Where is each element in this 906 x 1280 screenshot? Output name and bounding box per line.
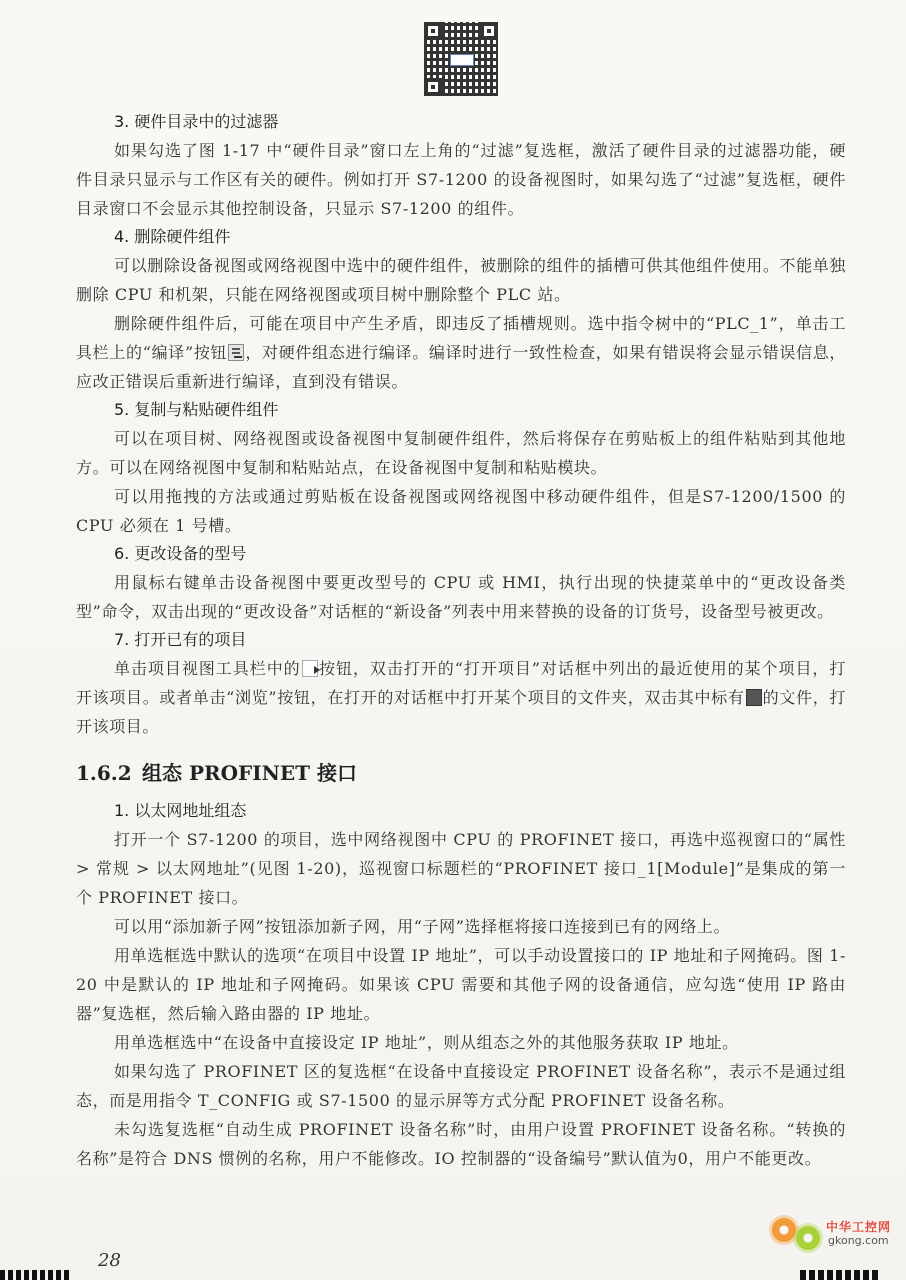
gkong-watermark: 中华工控网 gkong.com — [770, 1212, 900, 1252]
page-content: 3. 硬件目录中的过滤器 如果勾选了图 1-17 中“硬件目录”窗口左上角的“过… — [76, 108, 846, 1173]
footer-scan-mark — [800, 1270, 880, 1280]
book-page: 3. 硬件目录中的过滤器 如果勾选了图 1-17 中“硬件目录”窗口左上角的“过… — [0, 0, 906, 1280]
page-number: 28 — [98, 1250, 121, 1271]
watermark-cn-text: 中华工控网 — [826, 1218, 891, 1235]
paragraph: 可以用“添加新子网”按钮添加新子网，用“子网”选择框将接口连接到已有的网络上。 — [76, 912, 846, 941]
qr-code-icon — [424, 22, 498, 96]
subsection-heading-ethernet: 1. 以太网地址组态 — [76, 797, 846, 825]
tia-project-file-icon — [746, 689, 762, 706]
qr-finder-icon — [480, 22, 498, 40]
paragraph: 可以用拖拽的方法或通过剪贴板在设备视图或网络视图中移动硬件组件，但是S7-120… — [76, 482, 846, 540]
chapter-title: 组态 PROFINET 接口 — [142, 761, 357, 785]
paragraph: 打开一个 S7-1200 的项目，选中网络视图中 CPU 的 PROFINET … — [76, 825, 846, 912]
qr-logo-icon — [450, 54, 474, 66]
watermark-url-text: gkong.com — [828, 1234, 889, 1247]
paragraph: 可以在项目树、网络视图或设备视图中复制硬件组件，然后将保存在剪贴板上的组件粘贴到… — [76, 424, 846, 482]
gear-icon — [772, 1218, 796, 1242]
qr-finder-icon — [424, 78, 442, 96]
footer-scan-mark — [0, 1270, 70, 1280]
section-heading-delete: 4. 删除硬件组件 — [76, 223, 846, 251]
section-heading-copy-paste: 5. 复制与粘贴硬件组件 — [76, 396, 846, 424]
section-heading-filter: 3. 硬件目录中的过滤器 — [76, 108, 846, 136]
paragraph: 如果勾选了图 1-17 中“硬件目录”窗口左上角的“过滤”复选框，激活了硬件目录… — [76, 136, 846, 223]
text-segment: 单击项目视图工具栏中的 — [114, 659, 301, 678]
qr-finder-icon — [424, 22, 442, 40]
chapter-number: 1.6.2 — [76, 757, 142, 789]
paragraph: 可以删除设备视图或网络视图中选中的硬件组件，被删除的组件的插槽可供其他组件使用。… — [76, 251, 846, 309]
gear-icon — [796, 1226, 820, 1250]
paragraph: 用单选框选中“在设备中直接设定 IP 地址”，则从组态之外的其他服务获取 IP … — [76, 1028, 846, 1057]
paragraph-compile: 删除硬件组件后，可能在项目中产生矛盾，即违反了插槽规则。选中指令树中的“PLC_… — [76, 309, 846, 396]
section-heading-change-device: 6. 更改设备的型号 — [76, 540, 846, 568]
compile-icon — [228, 344, 244, 361]
paragraph: 用鼠标右键单击设备视图中要更改型号的 CPU 或 HMI，执行出现的快捷菜单中的… — [76, 568, 846, 626]
paragraph: 如果勾选了 PROFINET 区的复选框“在设备中直接设定 PROFINET 设… — [76, 1057, 846, 1115]
open-project-icon — [302, 660, 318, 677]
paragraph: 用单选框选中默认的选项“在项目中设置 IP 地址”，可以手动设置接口的 IP 地… — [76, 941, 846, 1028]
chapter-heading: 1.6.2组态 PROFINET 接口 — [76, 757, 846, 789]
section-heading-open-project: 7. 打开已有的项目 — [76, 626, 846, 654]
paragraph-open-project: 单击项目视图工具栏中的按钮，双击打开的“打开项目”对话框中列出的最近使用的某个项… — [76, 654, 846, 741]
paragraph: 未勾选复选框“自动生成 PROFINET 设备名称”时，由用户设置 PROFIN… — [76, 1115, 846, 1173]
